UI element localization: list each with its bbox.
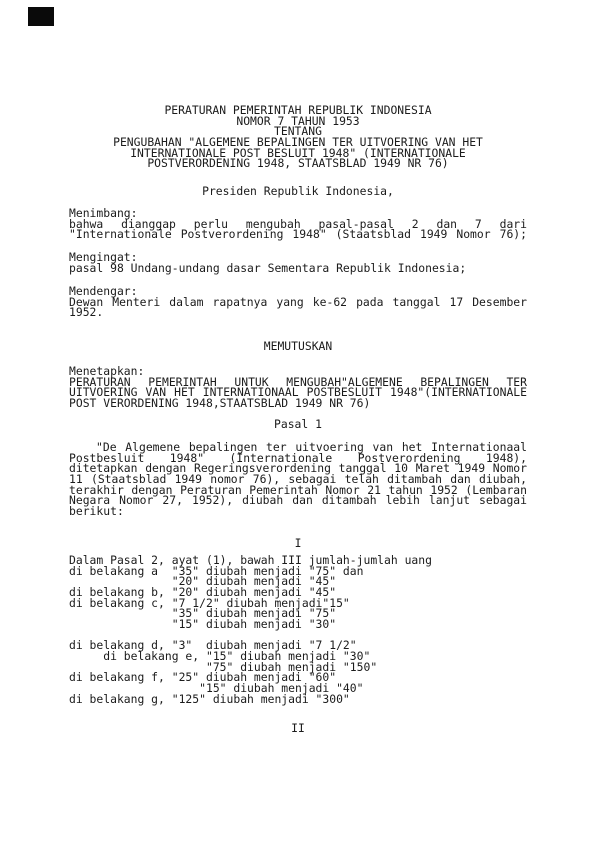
amount-changes-list: Dalam Pasal 2, ayat (1), bawah III jumla… <box>69 555 527 704</box>
mendengar-section: Mendengar: Dewan Menteri dalam rapatnya … <box>69 286 527 318</box>
scan-artifact-square <box>28 7 54 26</box>
document-page: PERATURAN PEMERINTAH REPUBLIK INDONESIA … <box>0 0 595 842</box>
mendengar-line-2: 1952. <box>69 307 527 318</box>
menimbang-line-2: "Internationale Postverordening 1948" (S… <box>69 229 527 240</box>
mendengar-line-1: Dewan Menteri dalam rapatnya yang ke-62 … <box>69 297 527 308</box>
pasal-1-line-6: Negara Nomor 27, 1952), diubah dan ditam… <box>69 495 527 506</box>
menetapkan-line-3: POST VERORDENING 1948,STAATSBLAD 1949 NR… <box>69 398 527 409</box>
menimbang-section: Menimbang: bahwa dianggap perlu mengubah… <box>69 208 527 240</box>
section-i-heading: I <box>69 538 527 549</box>
mengingat-section: Mengingat: pasal 98 Undang-undang dasar … <box>69 252 527 273</box>
pasal-1-line-7: berikut: <box>69 506 527 517</box>
pasal-1-heading: Pasal 1 <box>69 419 527 430</box>
memutuskan-heading: MEMUTUSKAN <box>69 341 527 352</box>
section-ii-heading: II <box>69 723 527 734</box>
menetapkan-section: Menetapkan: PERATURAN PEMERINTAH UNTUK M… <box>69 366 527 409</box>
title-block: PERATURAN PEMERINTAH REPUBLIK INDONESIA … <box>69 105 527 169</box>
salutation-line: Presiden Republik Indonesia, <box>69 186 527 197</box>
pasal-1-paragraph: "De Algemene bepalingen ter uitvoering v… <box>69 442 527 517</box>
